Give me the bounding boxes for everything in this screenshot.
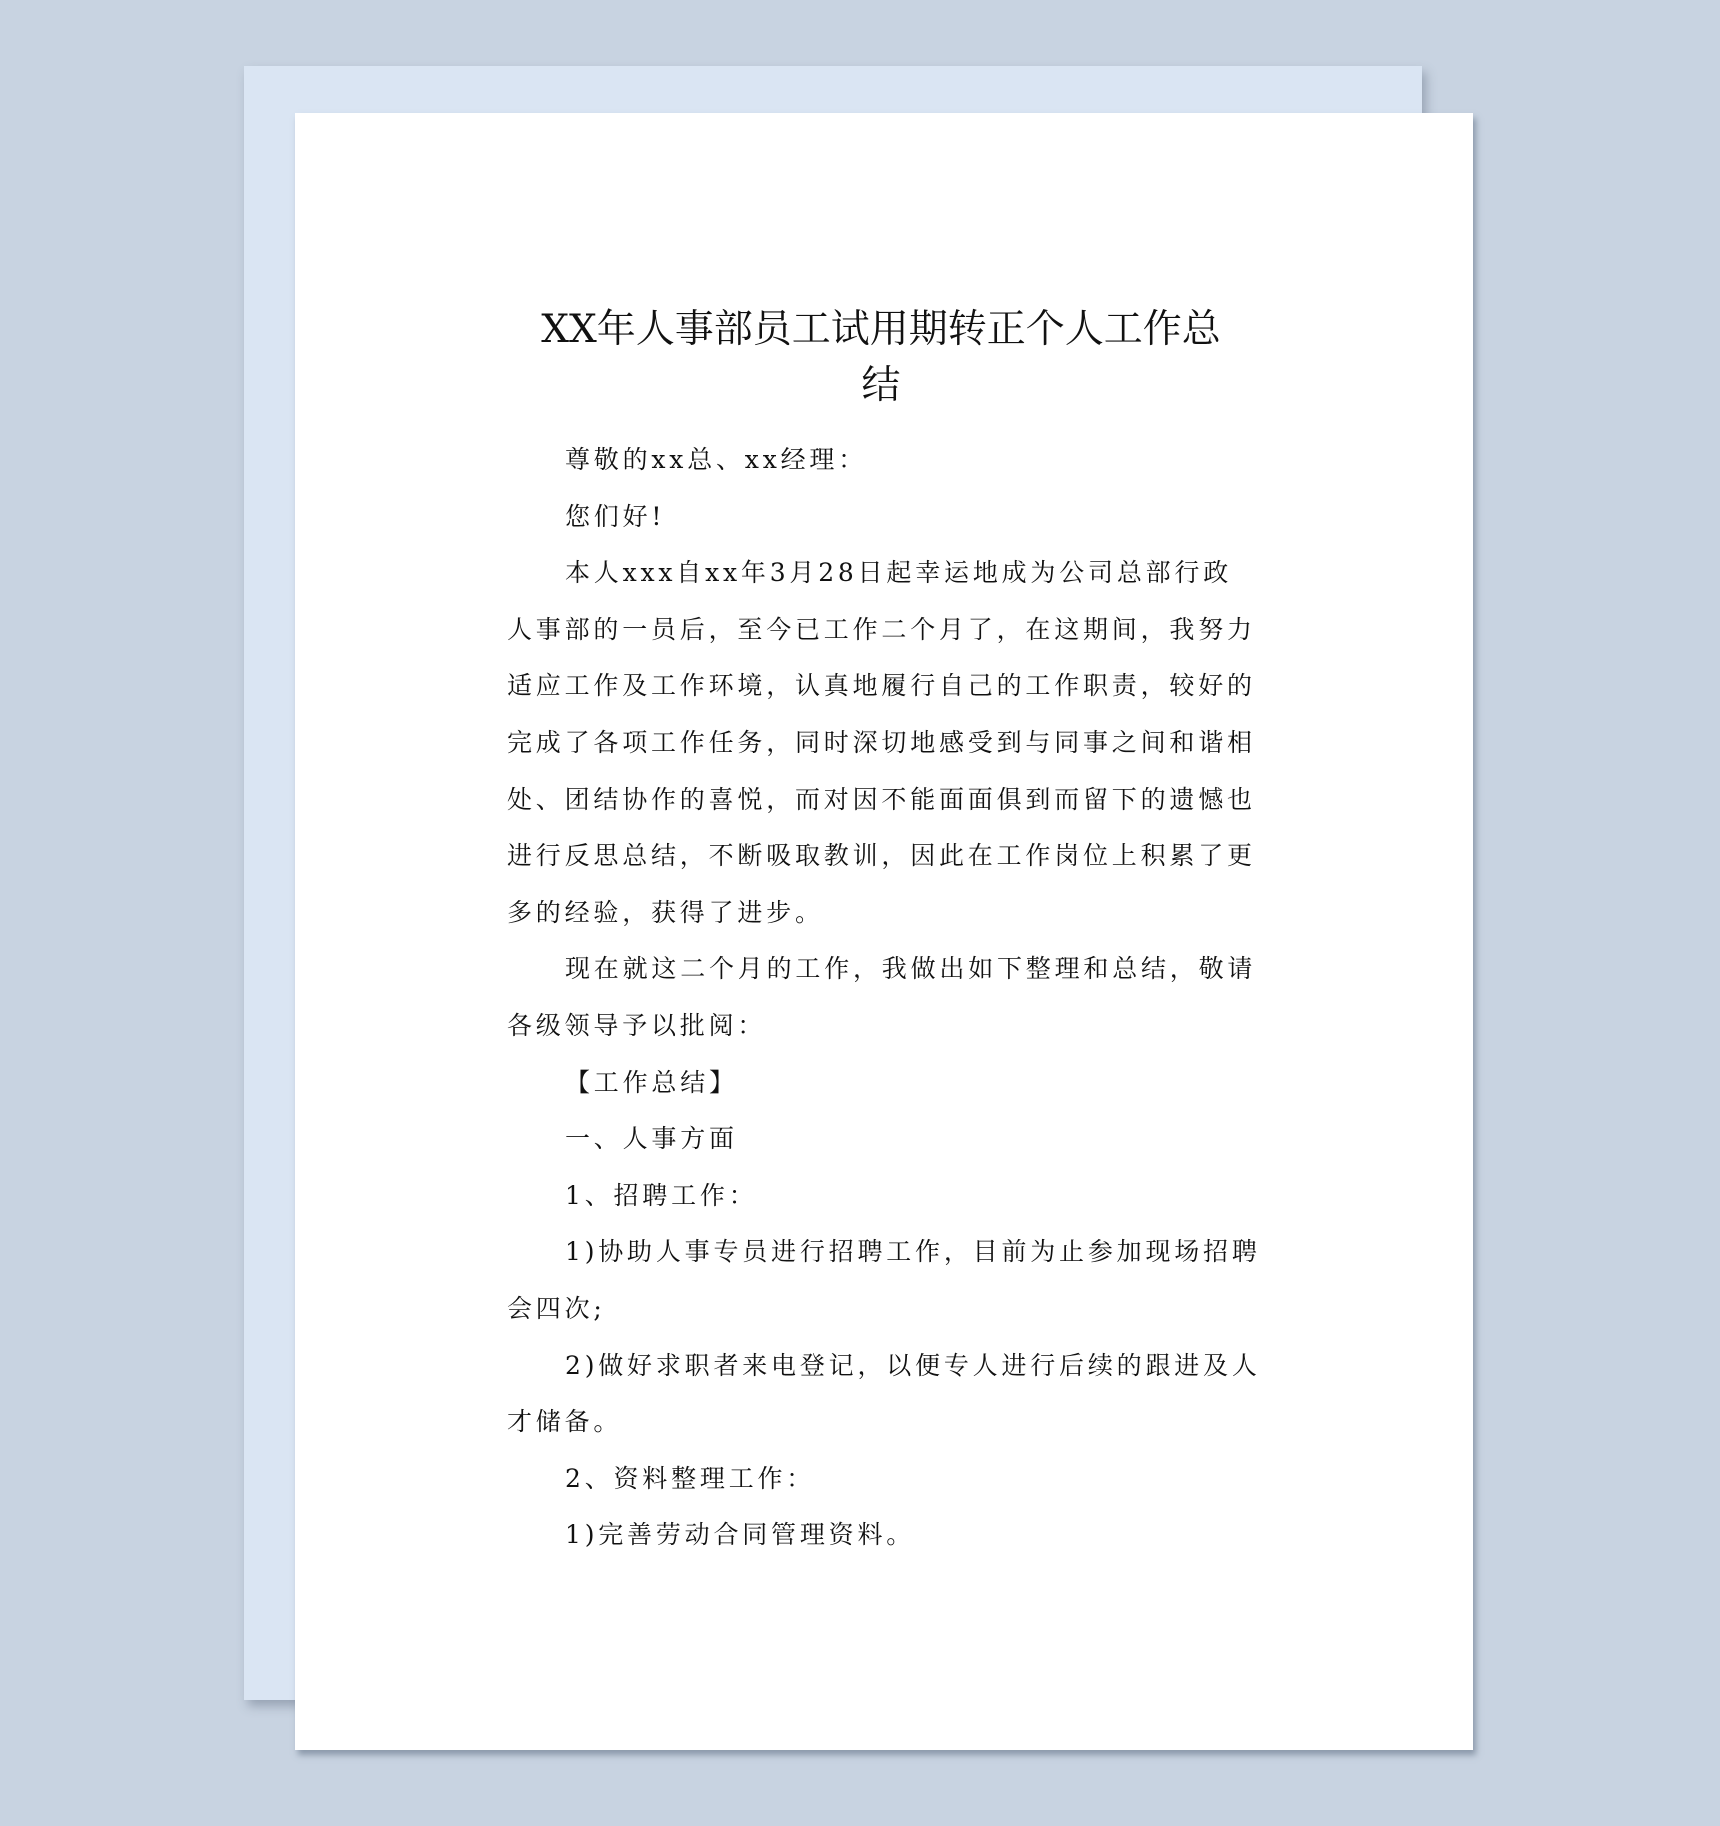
body-line: 各级领导予以批阅： bbox=[507, 998, 1267, 1055]
document-title: XX年人事部员工试用期转正个人工作总 结 bbox=[506, 302, 1256, 414]
title-line-1: XX年人事部员工试用期转正个人工作总 bbox=[506, 302, 1256, 358]
body-line: 您们好! bbox=[507, 489, 1267, 546]
list-item: 才储备。 bbox=[507, 1394, 1267, 1451]
body-line: 本人xxx自xx年3月28日起幸运地成为公司总部行政 bbox=[507, 545, 1267, 602]
body-line: 现在就这二个月的工作，我做出如下整理和总结，敬请 bbox=[507, 941, 1267, 998]
title-line-2: 结 bbox=[506, 358, 1256, 414]
body-line: 完成了各项工作任务，同时深切地感受到与同事之间和谐相 bbox=[507, 715, 1267, 772]
body-line: 多的经验，获得了进步。 bbox=[507, 885, 1267, 942]
subsection-heading: 一、人事方面 bbox=[507, 1111, 1267, 1168]
body-line: 适应工作及工作环境，认真地履行自己的工作职责，较好的 bbox=[507, 658, 1267, 715]
section-heading: 【工作总结】 bbox=[507, 1055, 1267, 1112]
list-item: 会四次; bbox=[507, 1281, 1267, 1338]
list-item: 1)协助人事专员进行招聘工作，目前为止参加现场招聘 bbox=[507, 1224, 1267, 1281]
body-line: 人事部的一员后，至今已工作二个月了，在这期间，我努力 bbox=[507, 602, 1267, 659]
document-body: 尊敬的xx总、xx经理： 您们好! 本人xxx自xx年3月28日起幸运地成为公司… bbox=[507, 432, 1267, 1564]
subsection-heading: 2、资料整理工作： bbox=[507, 1451, 1267, 1508]
list-item: 2)做好求职者来电登记，以便专人进行后续的跟进及人 bbox=[507, 1338, 1267, 1395]
list-item: 1)完善劳动合同管理资料。 bbox=[507, 1507, 1267, 1564]
body-line: 尊敬的xx总、xx经理： bbox=[507, 432, 1267, 489]
subsection-heading: 1、招聘工作： bbox=[507, 1168, 1267, 1225]
body-line: 处、团结协作的喜悦，而对因不能面面俱到而留下的遗憾也 bbox=[507, 772, 1267, 829]
body-line: 进行反思总结，不断吸取教训，因此在工作岗位上积累了更 bbox=[507, 828, 1267, 885]
